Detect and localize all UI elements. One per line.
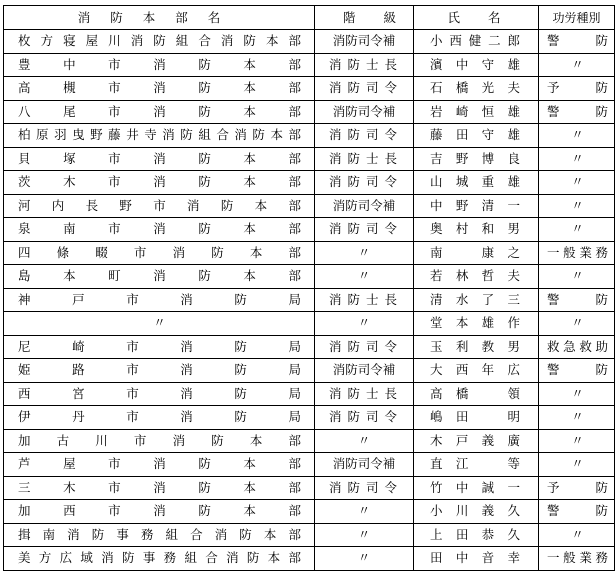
department-cell: 八尾市消防本部 (4, 100, 315, 124)
name-cell: 高橋 領 (414, 382, 539, 406)
table-row: 西宮市消防局消防士長高橋 領〃 (4, 382, 615, 406)
rank-cell: 消防司令 (315, 171, 414, 195)
table-row: 尼崎市消防局消防司令玉利教男救急救助 (4, 335, 615, 359)
department-cell: 〃 (4, 312, 315, 336)
rank-cell: 消防司令補 (315, 453, 414, 477)
table-row: 豊中市消防本部消防士長濱中守雄〃 (4, 53, 615, 77)
table-row: 〃〃堂本雄作〃 (4, 312, 615, 336)
name-cell: 田中音幸 (414, 547, 539, 571)
table-body: 枚方寝屋川消防組合消防本部消防司令補小西健二郎警防豊中市消防本部消防士長濱中守雄… (4, 30, 615, 571)
department-cell: 豊中市消防本部 (4, 53, 315, 77)
rank-cell: 〃 (315, 429, 414, 453)
award-type-cell: 予防 (539, 77, 615, 101)
department-cell: 茨木市消防本部 (4, 171, 315, 195)
table-row: 伊丹市消防局消防司令嶋田 明〃 (4, 406, 615, 430)
name-cell: 若林哲夫 (414, 265, 539, 289)
department-cell: 西宮市消防局 (4, 382, 315, 406)
name-cell: 石橋光夫 (414, 77, 539, 101)
award-type-cell: 予防 (539, 476, 615, 500)
department-cell: 伊丹市消防局 (4, 406, 315, 430)
award-type-cell: 〃 (539, 382, 615, 406)
table-row: 姫路市消防局消防司令補大西年広警防 (4, 359, 615, 383)
department-cell: 尼崎市消防局 (4, 335, 315, 359)
award-type-cell: 〃 (539, 194, 615, 218)
department-cell: 神戸市消防局 (4, 288, 315, 312)
name-cell: 南 康之 (414, 241, 539, 265)
department-cell: 美方広域消防事務組合消防本部 (4, 547, 315, 571)
table-row: 芦屋市消防本部消防司令補直江 等〃 (4, 453, 615, 477)
name-cell: 奥村和男 (414, 218, 539, 242)
award-type-cell: 〃 (539, 124, 615, 148)
rank-cell: 〃 (315, 265, 414, 289)
award-type-cell: 〃 (539, 171, 615, 195)
rank-cell: 消防司令補 (315, 30, 414, 54)
award-type-cell: 一般業務 (539, 547, 615, 571)
award-recipients-table: 消防本部名 階級 氏名 功労種別 枚方寝屋川消防組合消防本部消防司令補小西健二郎… (3, 5, 615, 571)
department-cell: 芦屋市消防本部 (4, 453, 315, 477)
table-row: 枚方寝屋川消防組合消防本部消防司令補小西健二郎警防 (4, 30, 615, 54)
table-row: 神戸市消防局消防士長清水了三警防 (4, 288, 615, 312)
department-cell: 四條畷市消防本部 (4, 241, 315, 265)
rank-cell: 消防司令 (315, 335, 414, 359)
department-cell: 貝塚市消防本部 (4, 147, 315, 171)
name-cell: 嶋田 明 (414, 406, 539, 430)
name-cell: 吉野博良 (414, 147, 539, 171)
table-row: 加西市消防本部〃小川義久警防 (4, 500, 615, 524)
name-cell: 中野清一 (414, 194, 539, 218)
table-row: 八尾市消防本部消防司令補岩崎恒雄警防 (4, 100, 615, 124)
table-row: 揖南消防事務組合消防本部〃上田恭久〃 (4, 523, 615, 547)
department-cell: 河内長野市消防本部 (4, 194, 315, 218)
rank-cell: 消防司令補 (315, 359, 414, 383)
table-row: 三木市消防本部消防司令竹中誠一予防 (4, 476, 615, 500)
name-cell: 玉利教男 (414, 335, 539, 359)
award-type-cell: 〃 (539, 312, 615, 336)
rank-cell: 消防司令補 (315, 194, 414, 218)
rank-cell: 〃 (315, 500, 414, 524)
department-cell: 泉南市消防本部 (4, 218, 315, 242)
table-row: 泉南市消防本部消防司令奥村和男〃 (4, 218, 615, 242)
table-row: 茨木市消防本部消防司令山城重雄〃 (4, 171, 615, 195)
name-cell: 清水了三 (414, 288, 539, 312)
name-cell: 藤田守雄 (414, 124, 539, 148)
rank-cell: 消防士長 (315, 288, 414, 312)
department-cell: 三木市消防本部 (4, 476, 315, 500)
award-type-cell: 警防 (539, 500, 615, 524)
department-cell: 加古川市消防本部 (4, 429, 315, 453)
award-type-cell: 警防 (539, 100, 615, 124)
name-cell: 堂本雄作 (414, 312, 539, 336)
rank-cell: 〃 (315, 241, 414, 265)
header-name: 氏名 (414, 6, 539, 30)
award-type-cell: 〃 (539, 453, 615, 477)
rank-cell: 消防司令 (315, 476, 414, 500)
award-type-cell: 警防 (539, 30, 615, 54)
award-type-cell: 警防 (539, 359, 615, 383)
department-cell: 枚方寝屋川消防組合消防本部 (4, 30, 315, 54)
table-row: 河内長野市消防本部消防司令補中野清一〃 (4, 194, 615, 218)
name-cell: 岩崎恒雄 (414, 100, 539, 124)
name-cell: 竹中誠一 (414, 476, 539, 500)
table-row: 柏原羽曳野藤井寺消防組合消防本部消防司令藤田守雄〃 (4, 124, 615, 148)
department-cell: 揖南消防事務組合消防本部 (4, 523, 315, 547)
table-row: 四條畷市消防本部〃南 康之一般業務 (4, 241, 615, 265)
award-type-cell: 〃 (539, 523, 615, 547)
department-cell: 姫路市消防局 (4, 359, 315, 383)
award-type-cell: 〃 (539, 429, 615, 453)
rank-cell: 消防司令 (315, 124, 414, 148)
name-cell: 大西年広 (414, 359, 539, 383)
name-cell: 山城重雄 (414, 171, 539, 195)
table-row: 高槻市消防本部消防司令石橋光夫予防 (4, 77, 615, 101)
award-type-cell: 〃 (539, 218, 615, 242)
award-type-cell: 〃 (539, 406, 615, 430)
rank-cell: 〃 (315, 523, 414, 547)
header-award-type: 功労種別 (539, 6, 615, 30)
name-cell: 上田恭久 (414, 523, 539, 547)
name-cell: 小川義久 (414, 500, 539, 524)
department-cell: 島本町消防本部 (4, 265, 315, 289)
table-header-row: 消防本部名 階級 氏名 功労種別 (4, 6, 615, 30)
table-row: 美方広域消防事務組合消防本部〃田中音幸一般業務 (4, 547, 615, 571)
award-type-cell: 〃 (539, 147, 615, 171)
table-row: 貝塚市消防本部消防士長吉野博良〃 (4, 147, 615, 171)
header-rank: 階級 (315, 6, 414, 30)
name-cell: 木戸義廣 (414, 429, 539, 453)
rank-cell: 消防士長 (315, 147, 414, 171)
header-department: 消防本部名 (4, 6, 315, 30)
rank-cell: 消防司令補 (315, 100, 414, 124)
award-type-cell: 〃 (539, 265, 615, 289)
rank-cell: 消防司令 (315, 406, 414, 430)
rank-cell: 消防士長 (315, 53, 414, 77)
table-row: 島本町消防本部〃若林哲夫〃 (4, 265, 615, 289)
award-type-cell: 〃 (539, 53, 615, 77)
table-row: 加古川市消防本部〃木戸義廣〃 (4, 429, 615, 453)
award-type-cell: 警防 (539, 288, 615, 312)
department-cell: 加西市消防本部 (4, 500, 315, 524)
award-type-cell: 一般業務 (539, 241, 615, 265)
rank-cell: 消防士長 (315, 382, 414, 406)
name-cell: 直江 等 (414, 453, 539, 477)
rank-cell: 〃 (315, 547, 414, 571)
rank-cell: 消防司令 (315, 218, 414, 242)
name-cell: 小西健二郎 (414, 30, 539, 54)
department-cell: 高槻市消防本部 (4, 77, 315, 101)
name-cell: 濱中守雄 (414, 53, 539, 77)
department-cell: 柏原羽曳野藤井寺消防組合消防本部 (4, 124, 315, 148)
award-type-cell: 救急救助 (539, 335, 615, 359)
rank-cell: 〃 (315, 312, 414, 336)
rank-cell: 消防司令 (315, 77, 414, 101)
